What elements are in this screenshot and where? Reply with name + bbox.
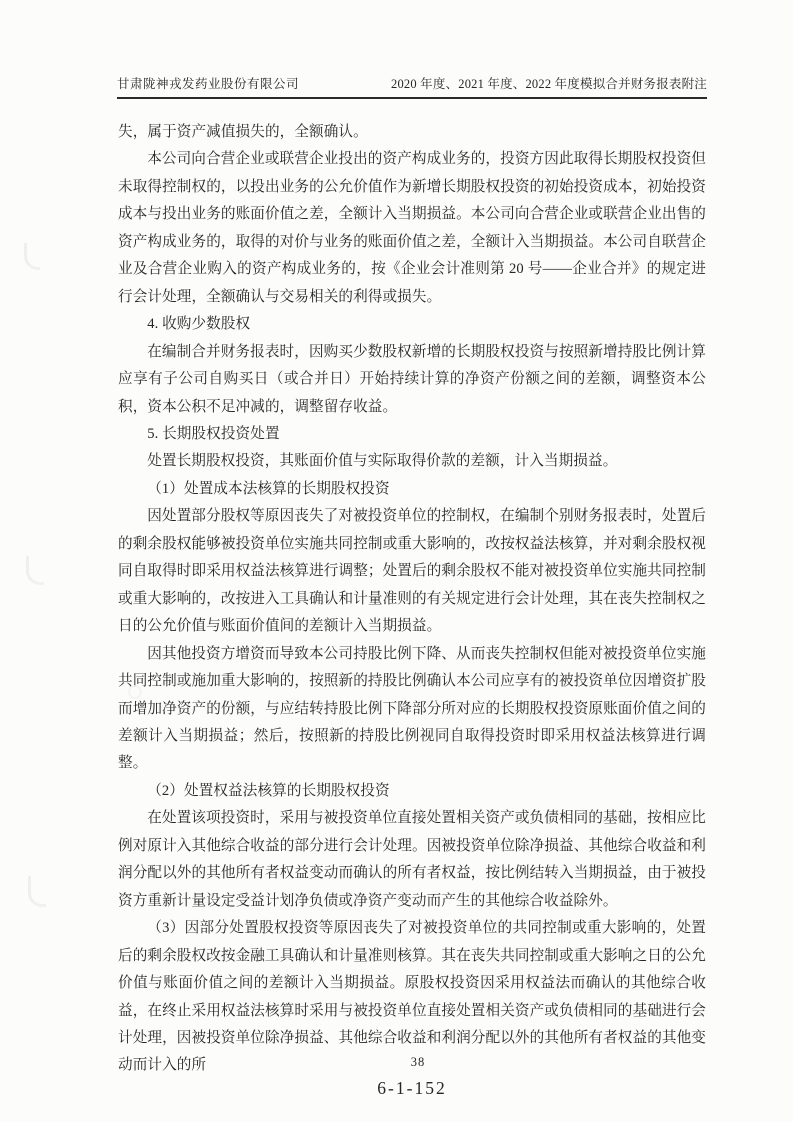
subsection-heading: （1）处置成本法核算的长期股权投资 — [118, 476, 706, 503]
page-number: 38 — [118, 1055, 718, 1070]
subsection-heading: （2）处置权益法核算的长期股权投资 — [118, 778, 706, 805]
scan-artifact — [28, 876, 46, 907]
paragraph: 处置长期股权投资，其账面价值与实际取得价款的差额，计入当期损益。 — [118, 448, 706, 475]
paragraph: 失，属于资产减值损失的，全额确认。 — [118, 119, 706, 146]
scan-artifact — [26, 556, 44, 585]
scanned-document-page: 甘肃陇神戎发药业股份有限公司 2020 年度、2021 年度、2022 年度模拟… — [0, 0, 793, 1122]
paragraph: 在处置该项投资时，采用与被投资单位直接处置相关资产或负债相同的基础，按相应比例对… — [118, 805, 706, 915]
paragraph: 因处置部分股权等原因丧失了对被投资单位的控制权，在编制个别财务报表时，处置后的剩… — [118, 503, 706, 640]
document-code: 6-1-152 — [118, 1078, 706, 1099]
paragraph: 因其他投资方增资而导致本公司持股比例下降、从而丧失控制权但能对被投资单位实施共同… — [118, 641, 706, 778]
company-name: 甘肃陇神戎发药业股份有限公司 — [117, 76, 299, 93]
page-header: 甘肃陇神戎发药业股份有限公司 2020 年度、2021 年度、2022 年度模拟… — [117, 76, 707, 99]
document-body: 失，属于资产减值损失的，全额确认。 本公司向合营企业或联营企业投出的资产构成业务… — [118, 119, 706, 1080]
scan-artifact — [24, 243, 40, 270]
section-heading: 4. 收购少数股权 — [118, 311, 706, 338]
section-heading: 5. 长期股权投资处置 — [118, 421, 706, 448]
paragraph: 本公司向合营企业或联营企业投出的资产构成业务的，投资方因此取得长期股权投资但未取… — [118, 146, 706, 311]
report-title: 2020 年度、2021 年度、2022 年度模拟合并财务报表附注 — [391, 76, 707, 93]
paragraph: 在编制合并财务报表时，因购买少数股权新增的长期股权投资与按照新增持股比例计算应享… — [118, 339, 706, 421]
